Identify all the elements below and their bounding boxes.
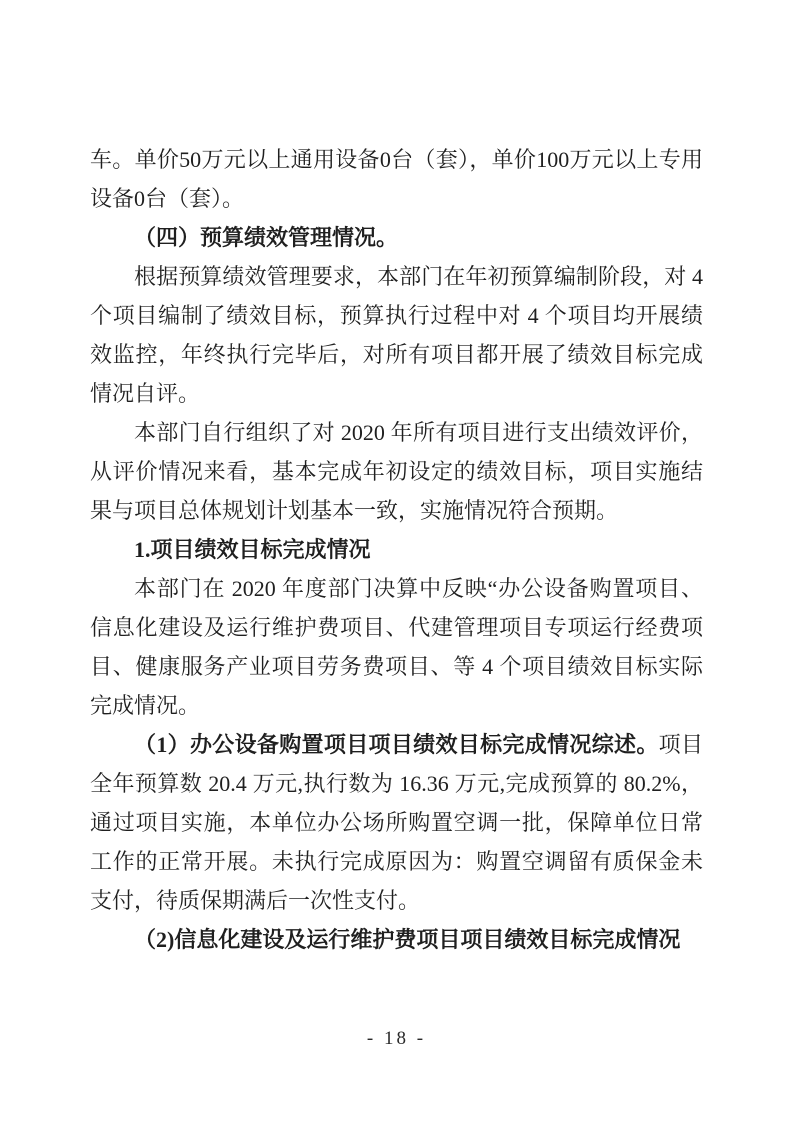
paragraph-continuation: 车。单价50万元以上通用设备0台（套），单价100万元以上专用设备0台（套）。 xyxy=(90,140,703,218)
project-2-heading: （2)信息化建设及运行维护费项目项目绩效目标完成情况 xyxy=(90,920,703,959)
section-heading-budget-performance: （四）预算绩效管理情况。 xyxy=(90,218,703,257)
document-page: 车。单价50万元以上通用设备0台（套），单价100万元以上专用设备0台（套）。 … xyxy=(0,0,793,1122)
paragraph-project-list: 本部门在 2020 年度部门决算中反映“办公设备购置项目、信息化建设及运行维护费… xyxy=(90,569,703,725)
paragraph-self-evaluation: 本部门自行组织了对 2020 年所有项目进行支出绩效评价，从评价情况来看，基本完… xyxy=(90,413,703,530)
subsection-heading-project-performance: 1.项目绩效目标完成情况 xyxy=(90,530,703,569)
page-number: - 18 - xyxy=(367,1028,426,1049)
project-1-heading: （1）办公设备购置项目项目绩效目标完成情况综述。 xyxy=(134,732,659,757)
paragraph-project-1: （1）办公设备购置项目项目绩效目标完成情况综述。项目全年预算数 20.4 万元,… xyxy=(90,725,703,920)
project-1-body: 项目全年预算数 20.4 万元,执行数为 16.36 万元,完成预算的 80.2… xyxy=(90,732,703,913)
paragraph-performance-targets: 根据预算绩效管理要求，本部门在年初预算编制阶段，对 4 个项目编制了绩效目标，预… xyxy=(90,257,703,413)
document-body: 车。单价50万元以上通用设备0台（套），单价100万元以上专用设备0台（套）。 … xyxy=(90,140,703,959)
page-footer: - 18 - xyxy=(0,1026,793,1052)
